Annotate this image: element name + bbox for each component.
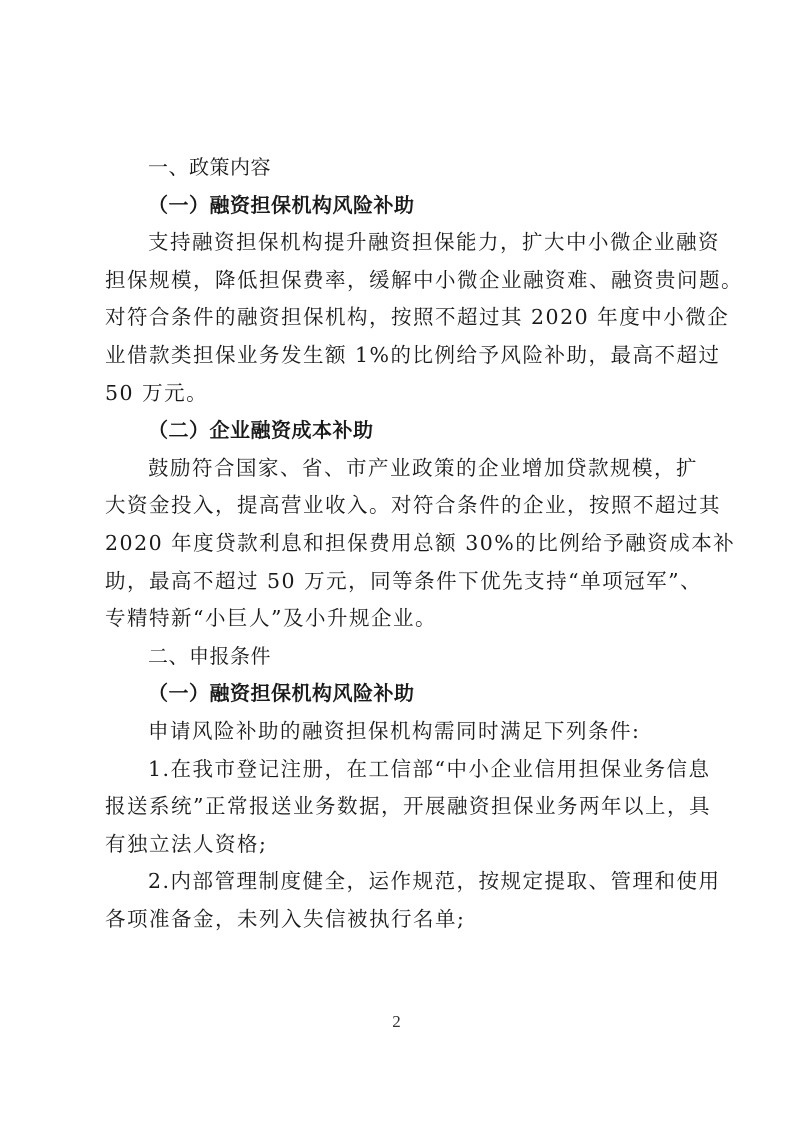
paragraph-line: 支持融资担保机构提升融资担保能力，扩大中小微企业融资 bbox=[105, 224, 693, 262]
paragraph-line: 50 万元。 bbox=[105, 375, 693, 413]
list-item-line: 各项准备金，未列入失信被执行名单; bbox=[105, 901, 693, 939]
page-number: 2 bbox=[0, 1012, 793, 1032]
list-item-line: 1.在我市登记注册，在工信部“中小企业信用担保业务信息 bbox=[105, 751, 693, 789]
list-item-line: 报送系统”正常报送业务数据，开展融资担保业务两年以上，具 bbox=[105, 788, 693, 826]
document-page: 一、政策内容 （一）融资担保机构风险补助 支持融资担保机构提升融资担保能力，扩大… bbox=[0, 0, 793, 1122]
paragraph-line: 大资金投入，提高营业收入。对符合条件的企业，按照不超过其 bbox=[105, 487, 693, 525]
paragraph-line: 助，最高不超过 50 万元，同等条件下优先支持“单项冠军”、 bbox=[105, 563, 693, 601]
subsection-heading-guarantee-risk-subsidy-conditions: （一）融资担保机构风险补助 bbox=[105, 675, 693, 713]
paragraph-line: 对符合条件的融资担保机构，按照不超过其 2020 年度中小微企 bbox=[105, 299, 693, 337]
list-item-line: 有独立法人资格; bbox=[105, 826, 693, 864]
section-heading-application-conditions: 二、申报条件 bbox=[105, 638, 693, 676]
paragraph-line: 业借款类担保业务发生额 1%的比例给予风险补助，最高不超过 bbox=[105, 337, 693, 375]
document-body: 一、政策内容 （一）融资担保机构风险补助 支持融资担保机构提升融资担保能力，扩大… bbox=[105, 149, 693, 938]
paragraph-line: 申请风险补助的融资担保机构需同时满足下列条件: bbox=[105, 713, 693, 751]
paragraph-line: 鼓励符合国家、省、市产业政策的企业增加贷款规模，扩 bbox=[105, 450, 693, 488]
subsection-heading-financing-cost-subsidy: （二）企业融资成本补助 bbox=[105, 412, 693, 450]
subsection-heading-guarantee-risk-subsidy: （一）融资担保机构风险补助 bbox=[105, 187, 693, 225]
paragraph-line: 担保规模，降低担保费率，缓解中小微企业融资难、融资贵问题。 bbox=[105, 262, 693, 300]
section-heading-policy-content: 一、政策内容 bbox=[105, 149, 693, 187]
paragraph-line: 专精特新“小巨人”及小升规企业。 bbox=[105, 600, 693, 638]
list-item-line: 2.内部管理制度健全，运作规范，按规定提取、管理和使用 bbox=[105, 863, 693, 901]
paragraph-line: 2020 年度贷款利息和担保费用总额 30%的比例给予融资成本补 bbox=[105, 525, 693, 563]
